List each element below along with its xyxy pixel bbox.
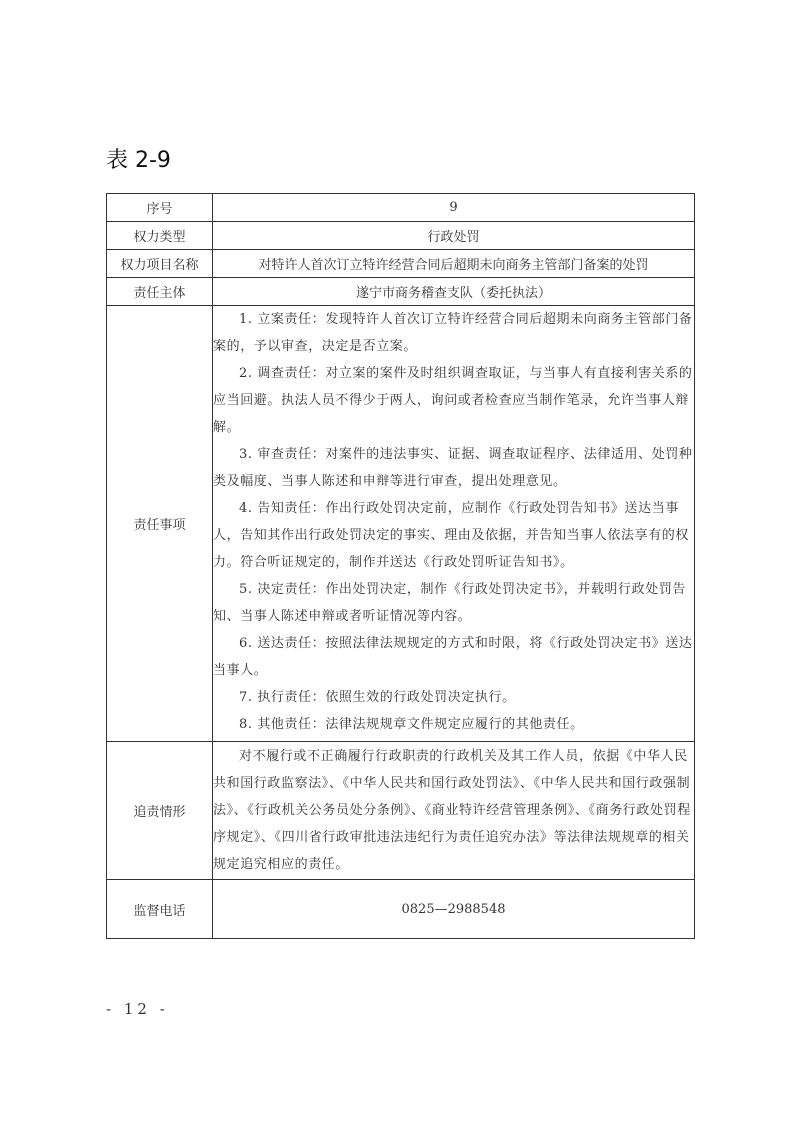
duty-item: 7. 执行责任：依照生效的行政处罚决定执行。 xyxy=(213,684,694,711)
duties-list: 1. 立案责任：发现特许人首次订立特许经营合同后超期未向商务主管部门备案的，予以… xyxy=(213,306,695,742)
row-label: 权力项目名称 xyxy=(107,250,213,278)
duty-item: 2. 调查责任：对立案的案件及时组织调查取证，与当事人有直接利害关系的应当回避。… xyxy=(213,360,694,441)
subject-value: 遂宁市商务稽查支队（委托执法） xyxy=(213,278,695,306)
row-label: 监督电话 xyxy=(107,880,213,939)
table-caption: 表 2-9 xyxy=(106,143,171,174)
responsibility-table: 序号 9 权力类型 行政处罚 权力项目名称 对特许人首次订立特许经营合同后超期未… xyxy=(106,193,695,939)
row-label: 追责情形 xyxy=(107,742,213,880)
power-type-value: 行政处罚 xyxy=(213,222,695,250)
row-label: 权力类型 xyxy=(107,222,213,250)
table-row-duties: 责任事项 1. 立案责任：发现特许人首次订立特许经营合同后超期未向商务主管部门备… xyxy=(107,306,695,742)
duty-item: 1. 立案责任：发现特许人首次订立特许经营合同后超期未向商务主管部门备案的，予以… xyxy=(213,306,694,360)
duty-item: 5. 决定责任：作出处罚决定，制作《行政处罚决定书》，并载明行政处罚告知、当事人… xyxy=(213,576,694,630)
power-item-value: 对特许人首次订立特许经营合同后超期未向商务主管部门备案的处罚 xyxy=(213,250,695,278)
accountability-text: 对不履行或不正确履行行政职责的行政机关及其工作人员，依据《中华人民共和国行政监察… xyxy=(213,743,694,878)
table-row-accountability: 追责情形 对不履行或不正确履行行政职责的行政机关及其工作人员，依据《中华人民共和… xyxy=(107,742,695,880)
row-label: 责任事项 xyxy=(107,306,213,742)
duty-item: 4. 告知责任：作出行政处罚决定前，应制作《行政处罚告知书》送达当事人，告知其作… xyxy=(213,495,694,576)
duty-item: 8. 其他责任：法律法规规章文件规定应履行的其他责任。 xyxy=(213,711,694,738)
table-row-power-type: 权力类型 行政处罚 xyxy=(107,222,695,250)
serial-number: 9 xyxy=(213,194,695,222)
row-label: 序号 xyxy=(107,194,213,222)
duty-item: 3. 审查责任：对案件的违法事实、证据、调查取证程序、法律适用、处罚种类及幅度、… xyxy=(213,441,694,495)
table-row-serial: 序号 9 xyxy=(107,194,695,222)
table-row-phone: 监督电话 0825—2988548 xyxy=(107,880,695,939)
accountability-cell: 对不履行或不正确履行行政职责的行政机关及其工作人员，依据《中华人民共和国行政监察… xyxy=(213,742,695,880)
supervision-phone: 0825—2988548 xyxy=(213,880,695,939)
duty-item: 6. 送达责任：按照法律法规规定的方式和时限，将《行政处罚决定书》送达当事人。 xyxy=(213,630,694,684)
table-row-power-item: 权力项目名称 对特许人首次订立特许经营合同后超期未向商务主管部门备案的处罚 xyxy=(107,250,695,278)
table-row-subject: 责任主体 遂宁市商务稽查支队（委托执法） xyxy=(107,278,695,306)
page-number: - 12 - xyxy=(106,1000,169,1018)
row-label: 责任主体 xyxy=(107,278,213,306)
